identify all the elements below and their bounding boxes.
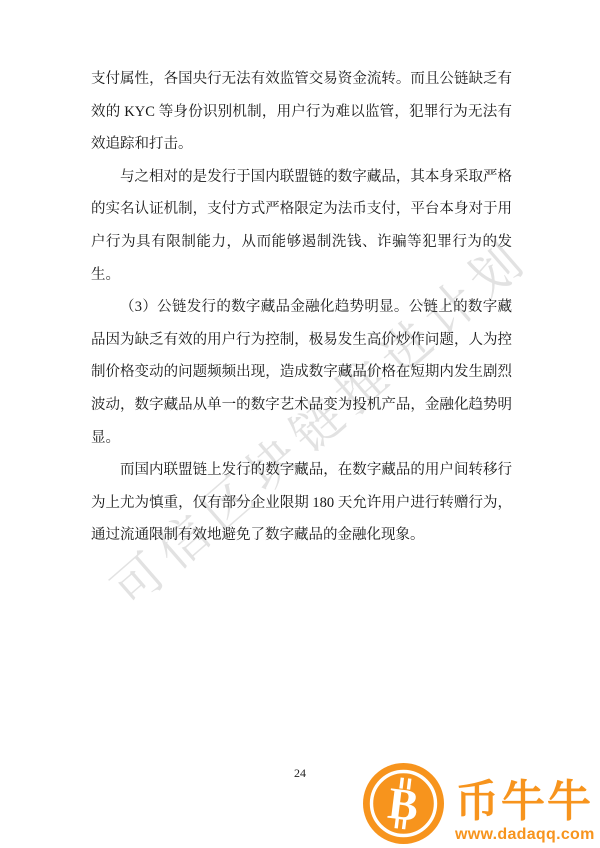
bitcoin-coin-icon: B (362, 762, 445, 845)
brand-url: www.dadaqq.com (455, 826, 595, 844)
brand-text-block: 币牛牛 www.dadaqq.com (455, 762, 595, 844)
paragraph: （3）公链发行的数字藏品金融化趋势明显。公链上的数字藏品因为缺乏有效的用户行为控… (91, 291, 512, 454)
paragraph: 支付属性，各国央行无法有效监管交易资金流转。而且公链缺乏有效的 KYC 等身份识… (91, 63, 512, 161)
paragraph: 而国内联盟链上发行的数字藏品，在数字藏品的用户间转移行为上尤为慎重，仅有部分企业… (91, 454, 512, 552)
brand-name: 币牛牛 (455, 784, 595, 820)
bitcoin-b-glyph: B (385, 778, 421, 831)
body-text: 支付属性，各国央行无法有效监管交易资金流转。而且公链缺乏有效的 KYC 等身份识… (91, 63, 512, 552)
brand-logo: B 币牛牛 www.dadaqq.com (362, 762, 595, 845)
paragraph: 与之相对的是发行于国内联盟链的数字藏品，其本身采取严格的实名认证机制，支付方式严… (91, 161, 512, 291)
